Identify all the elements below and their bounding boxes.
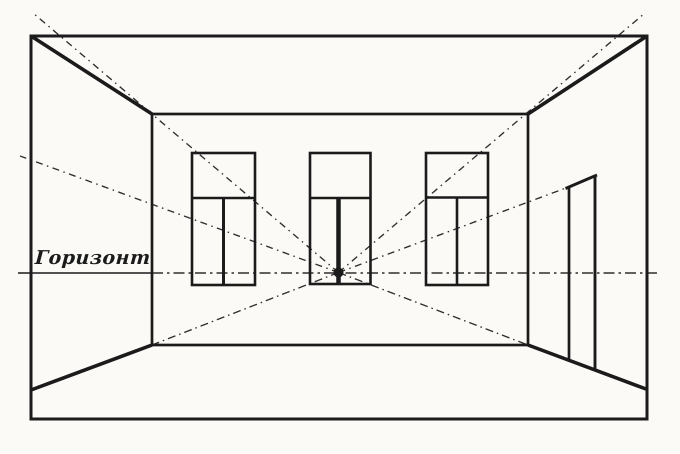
ceiling-edge-left (31, 36, 152, 114)
vp-ray-upper-right-corner (339, 13, 646, 273)
floor-edge-left (31, 345, 152, 390)
perspective-diagram (0, 0, 680, 454)
door-header (566, 175, 598, 189)
horizon-label: Горизонт (34, 247, 151, 269)
vanishing-point-dot (334, 268, 344, 278)
vp-ray-upper-left-corner (33, 13, 339, 273)
figure-canvas: Горизонт (0, 0, 680, 454)
vp-ray-door-header (339, 188, 567, 273)
ceiling-edge-right (528, 36, 647, 114)
floor-edge-right (528, 345, 646, 389)
